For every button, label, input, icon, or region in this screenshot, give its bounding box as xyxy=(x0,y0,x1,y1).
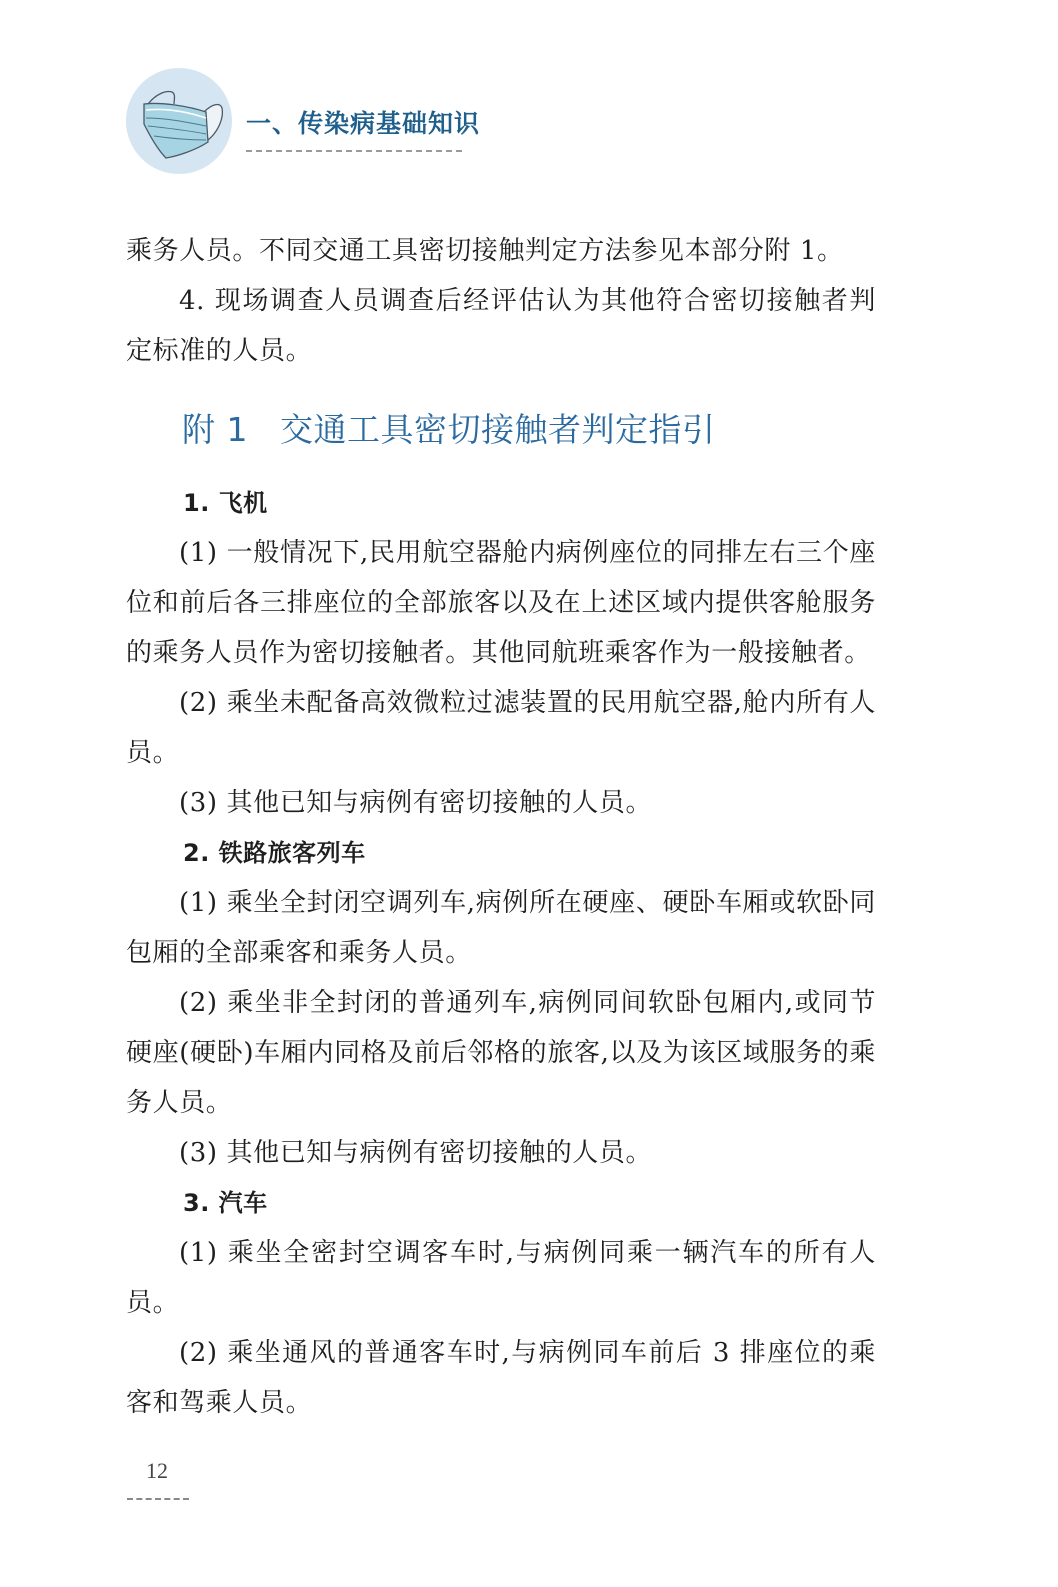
section-heading: 3. 汽车 xyxy=(183,1178,876,1228)
appendix-title-text: 交通工具密切接触者判定指引 xyxy=(280,410,716,449)
chapter-divider xyxy=(246,150,462,152)
section-item: (2) 乘坐通风的普通客车时,与病例同车前后 3 排座位的乘客和驾乘人员。 xyxy=(126,1328,876,1428)
chapter-header: 一、传染病基础知识 xyxy=(126,68,526,178)
appendix-number: 附 1 xyxy=(182,410,248,449)
section-heading: 1. 飞机 xyxy=(183,478,876,528)
chapter-title: 一、传染病基础知识 xyxy=(246,104,480,140)
section-item: (2) 乘坐未配备高效微粒过滤装置的民用航空器,舱内所有人员。 xyxy=(126,678,876,778)
section-item: (3) 其他已知与病例有密切接触的人员。 xyxy=(126,1128,876,1178)
section-item: (2) 乘坐非全封闭的普通列车,病例同间软卧包厢内,或同节硬座(硬卧)车厢内同格… xyxy=(126,978,876,1128)
section-item: (1) 乘坐全封闭空调列车,病例所在硬座、硬卧车厢或软卧同包厢的全部乘客和乘务人… xyxy=(126,878,876,978)
section-item: (1) 乘坐全密封空调客车时,与病例同乘一辆汽车的所有人员。 xyxy=(126,1228,876,1328)
section-car: 3. 汽车 (1) 乘坐全密封空调客车时,与病例同乘一辆汽车的所有人员。 (2)… xyxy=(126,1178,876,1428)
intro-paragraph: 乘务人员。不同交通工具密切接触判定方法参见本部分附 1。 xyxy=(126,226,876,276)
section-item: (1) 一般情况下,民用航空器舱内病例座位的同排左右三个座位和前后各三排座位的全… xyxy=(126,528,876,678)
page-number: 12 xyxy=(146,1458,168,1484)
section-heading: 2. 铁路旅客列车 xyxy=(183,828,876,878)
page-body: 乘务人员。不同交通工具密切接触判定方法参见本部分附 1。 4. 现场调查人员调查… xyxy=(126,226,876,1428)
section-item: (3) 其他已知与病例有密切接触的人员。 xyxy=(126,778,876,828)
section-airplane: 1. 飞机 (1) 一般情况下,民用航空器舱内病例座位的同排左右三个座位和前后各… xyxy=(126,478,876,828)
section-railway: 2. 铁路旅客列车 (1) 乘坐全封闭空调列车,病例所在硬座、硬卧车厢或软卧同包… xyxy=(126,828,876,1178)
intro-paragraph: 4. 现场调查人员调查后经评估认为其他符合密切接触者判定标准的人员。 xyxy=(126,276,876,376)
footer-divider xyxy=(127,1498,189,1500)
face-mask-icon xyxy=(126,68,232,174)
appendix-title: 附 1交通工具密切接触者判定指引 xyxy=(182,402,876,458)
